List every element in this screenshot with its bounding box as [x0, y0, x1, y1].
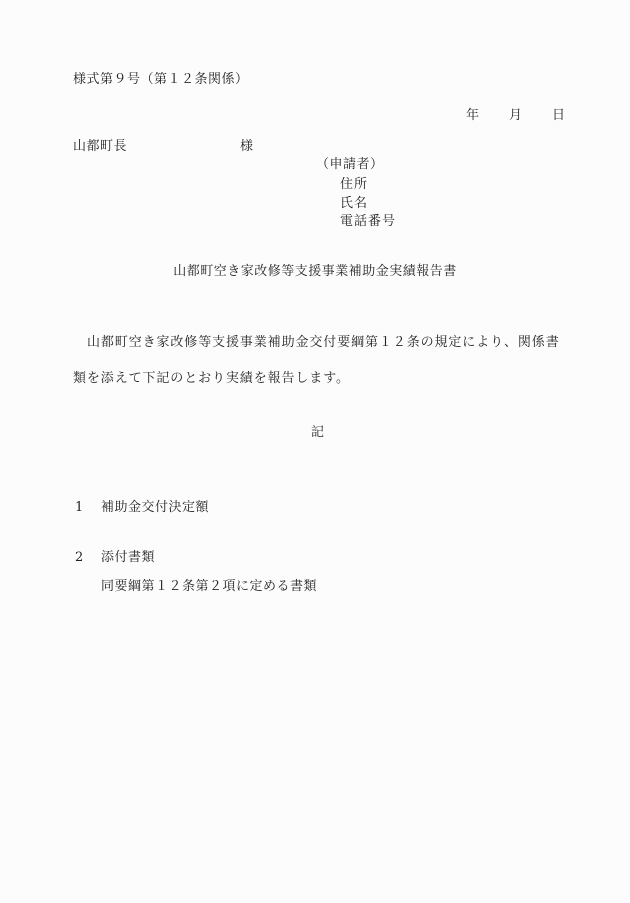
body-line-2: 類を添えて下記のとおり実績を報告します。: [73, 371, 350, 387]
date-year-label: 年: [466, 108, 479, 124]
date-month-label: 月: [509, 108, 522, 124]
applicant-phone-label: 電話番号: [340, 214, 396, 230]
applicant-heading: （申請者）: [316, 157, 384, 173]
applicant-name-label: 氏名: [340, 196, 368, 212]
ki-heading: 記: [311, 425, 324, 441]
item-number: 2: [75, 550, 83, 566]
addressee-honorific: 様: [240, 139, 253, 155]
applicant-address-label: 住所: [340, 177, 368, 193]
item-detail: 同要綱第１２条第２項に定める書類: [101, 579, 317, 595]
item-label: 添付書類: [101, 550, 155, 566]
date-day-label: 日: [552, 108, 565, 124]
body-line-1: 山都町空き家改修等支援事業補助金交付要綱第１２条の規定により、関係書: [87, 335, 560, 351]
addressee-name: 山都町長: [73, 139, 127, 155]
form-number: 様式第９号（第１２条関係）: [73, 72, 249, 88]
item-number: 1: [75, 500, 83, 516]
document-title: 山都町空き家改修等支援事業補助金実績報告書: [0, 264, 630, 280]
item-label: 補助金交付決定額: [101, 500, 209, 516]
